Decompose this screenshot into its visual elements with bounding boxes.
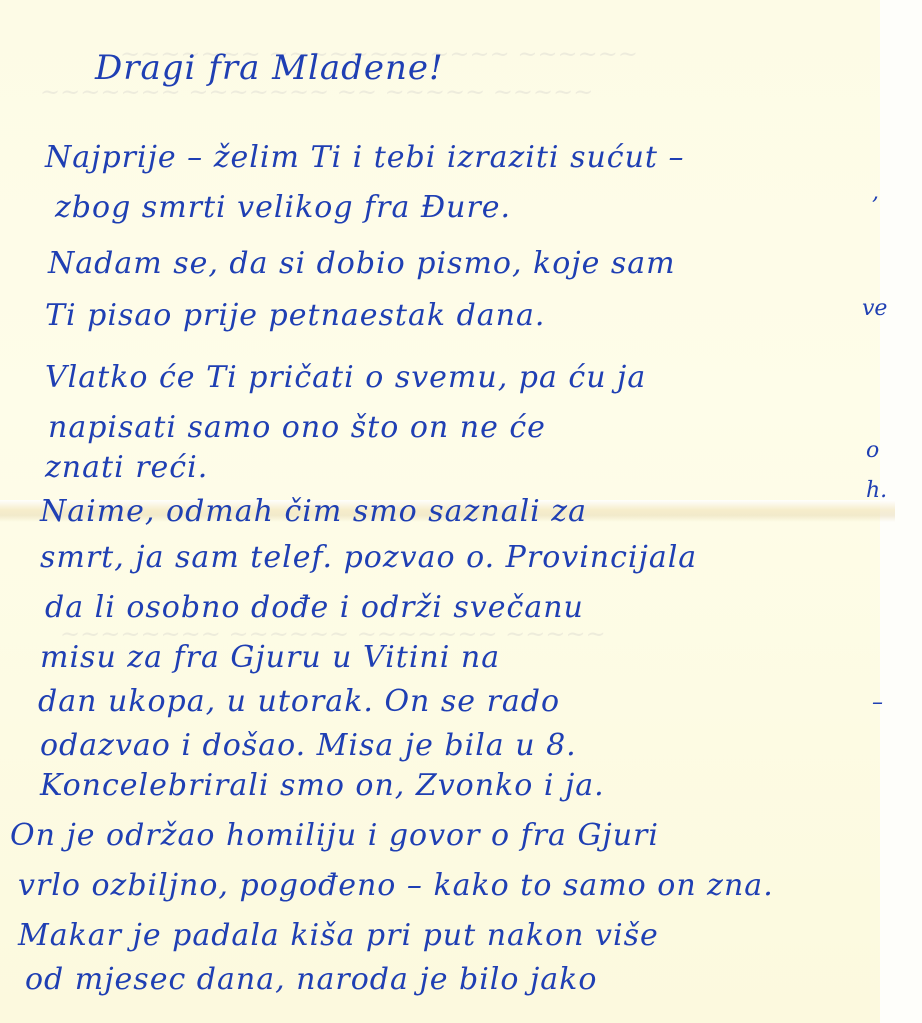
letter-line: od mjesec dana, naroda je bilo jako (25, 962, 597, 997)
letter-greeting: Dragi fra Mladene! (95, 48, 444, 88)
letter-line: da li osobno dođe i održi svečanu (45, 590, 584, 625)
margin-note: – (872, 690, 883, 715)
margin-note: o (866, 438, 879, 463)
margin-note: h. (866, 478, 887, 503)
letter-line: Najprije – želim Ti i tebi izraziti suću… (45, 140, 685, 175)
margin-note: , (872, 180, 879, 205)
letter-line: smrt, ja sam telef. pozvao o. Provincija… (40, 540, 697, 575)
letter-line: Naime, odmah čim smo saznali za (40, 494, 587, 529)
letter-line: misu za fra Gjuru u Vitini na (40, 640, 500, 675)
letter-line: zbog smrti velikog fra Đure. (55, 190, 511, 225)
letter-line: napisati samo ono što on ne će (48, 410, 546, 445)
letter-line: vrlo ozbiljno, pogođeno – kako to samo o… (18, 868, 774, 903)
letter-line: Vlatko će Ti pričati o svemu, pa ću ja (45, 360, 646, 395)
letter-line: Makar je padala kiša pri put nakon više (18, 918, 659, 953)
letter-line: Nadam se, da si dobio pismo, koje sam (48, 246, 676, 281)
letter-line: znati reći. (45, 450, 208, 485)
letter-line: On je održao homiliju i govor o fra Gjur… (10, 818, 659, 853)
margin-note: ve (862, 296, 887, 321)
letter-line: dan ukopa, u utorak. On se rado (38, 684, 560, 719)
letter-line: odazvao i došao. Misa je bila u 8. (40, 728, 577, 763)
letter-line: Ti pisao prije petnaestak dana. (45, 298, 545, 333)
letter-line: Koncelebrirali smo on, Zvonko i ja. (40, 768, 605, 803)
